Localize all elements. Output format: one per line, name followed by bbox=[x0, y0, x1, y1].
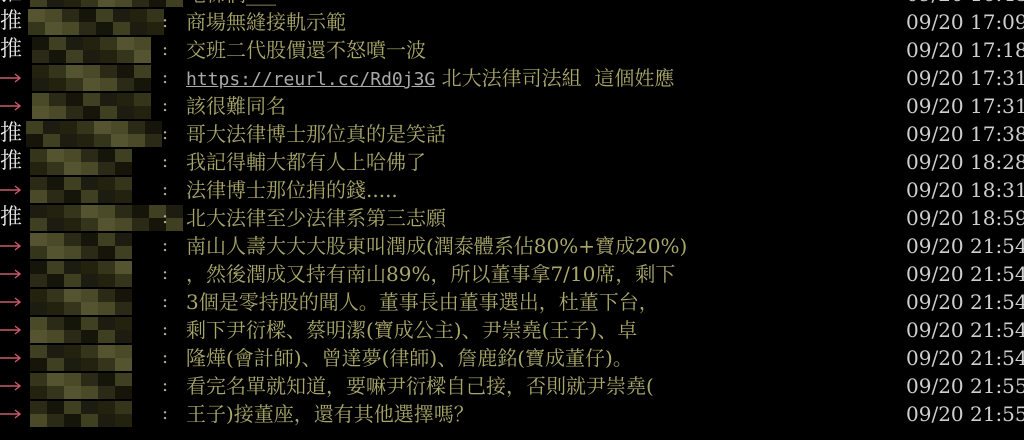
pixel-block bbox=[81, 289, 98, 302]
pixel-block bbox=[43, 134, 60, 147]
pixel-block bbox=[30, 205, 47, 218]
pixel-block bbox=[98, 274, 115, 287]
arrow-tag-icon bbox=[0, 290, 28, 314]
comment-content: 哥大法律博士那位真的是笑話 bbox=[186, 120, 446, 148]
pixel-block bbox=[98, 233, 115, 246]
pixel-block bbox=[30, 0, 47, 7]
pixel-block bbox=[132, 218, 149, 231]
pixel-block bbox=[30, 345, 47, 358]
pixel-block bbox=[30, 190, 47, 203]
pixel-block bbox=[98, 190, 115, 203]
pixel-block bbox=[98, 401, 115, 414]
pixel-block bbox=[28, 9, 45, 22]
separator-colon: : bbox=[162, 289, 176, 315]
pixel-block bbox=[115, 0, 132, 7]
pixel-block bbox=[47, 414, 64, 427]
pixel-block bbox=[77, 134, 94, 147]
pixel-block bbox=[111, 121, 128, 134]
comment-row: 推 : 哥大法律博士那位真的是笑話 09/20 17:38 bbox=[0, 120, 1024, 148]
pixel-block bbox=[47, 289, 64, 302]
pixel-block bbox=[30, 274, 47, 287]
separator-colon: : bbox=[162, 317, 176, 343]
pixel-block bbox=[43, 121, 60, 134]
pixel-block bbox=[98, 149, 115, 162]
comment-content: 南山人壽大大大股東叫潤成(潤泰體系佔80%+寶成20%) bbox=[186, 232, 687, 260]
pixel-block bbox=[81, 330, 98, 343]
pixel-block bbox=[47, 401, 64, 414]
pixel-block bbox=[32, 106, 49, 119]
pixel-block bbox=[64, 373, 81, 386]
pixel-block bbox=[60, 121, 77, 134]
pixel-block bbox=[47, 218, 64, 231]
pixel-block bbox=[81, 261, 98, 274]
pixel-block bbox=[132, 0, 149, 7]
pixel-block bbox=[117, 93, 134, 106]
pixel-block bbox=[47, 149, 64, 162]
comment-row: : 法律博士那位捐的錢..... 09/20 18:31 bbox=[0, 176, 1024, 204]
comment-text: 北大法律司法組 這個姓應 bbox=[435, 66, 674, 90]
pixel-block bbox=[79, 9, 96, 22]
pixel-block bbox=[111, 134, 128, 147]
pixel-block bbox=[81, 190, 98, 203]
pixel-block bbox=[66, 78, 83, 91]
pixel-block bbox=[132, 205, 149, 218]
pixel-block bbox=[64, 401, 81, 414]
pixel-block bbox=[115, 302, 132, 315]
pixel-block bbox=[30, 149, 47, 162]
username-pixelated bbox=[30, 177, 132, 203]
arrow-tag-icon bbox=[0, 94, 28, 118]
comment-content: 交班二代股價還不怒噴一波 bbox=[186, 36, 426, 64]
pixel-block bbox=[115, 205, 132, 218]
pixel-block bbox=[134, 50, 151, 63]
pixel-block bbox=[64, 358, 81, 371]
pixel-block bbox=[30, 386, 47, 399]
pixel-block bbox=[64, 177, 81, 190]
pixel-block bbox=[30, 177, 47, 190]
comment-timestamp: 09/20 17:31 bbox=[906, 64, 1024, 92]
pixel-block bbox=[30, 358, 47, 371]
pixel-block bbox=[130, 9, 147, 22]
pixel-block bbox=[96, 9, 113, 22]
pixel-block bbox=[115, 317, 132, 330]
pixel-block bbox=[115, 190, 132, 203]
pixel-block bbox=[30, 317, 47, 330]
pixel-block bbox=[98, 162, 115, 175]
comment-row: : 該很難同名 09/20 17:31 bbox=[0, 92, 1024, 120]
pixel-block bbox=[47, 330, 64, 343]
pixel-block bbox=[64, 302, 81, 315]
arrow-tag-icon bbox=[0, 66, 28, 90]
pixel-block bbox=[115, 373, 132, 386]
pixel-block bbox=[81, 0, 98, 7]
pixel-block bbox=[64, 246, 81, 259]
pixel-block bbox=[98, 205, 115, 218]
pixel-block bbox=[96, 22, 113, 35]
pixel-block bbox=[81, 401, 98, 414]
pixel-block bbox=[66, 93, 83, 106]
pixel-block bbox=[98, 373, 115, 386]
username-pixelated bbox=[30, 205, 183, 231]
comment-timestamp: 09/20 18:59 bbox=[906, 204, 1024, 232]
pixel-block bbox=[81, 162, 98, 175]
username-pixelated bbox=[30, 373, 132, 399]
username-pixelated bbox=[30, 233, 132, 259]
pixel-block bbox=[145, 121, 162, 134]
pixel-block bbox=[81, 317, 98, 330]
ptt-comment-list: 推 : 電梯們___ 09/20 16:48 推 : 商場無縫接軌示範 09/2… bbox=[0, 0, 1024, 440]
pixel-block bbox=[100, 106, 117, 119]
pixel-block bbox=[81, 386, 98, 399]
separator-colon: : bbox=[162, 0, 176, 7]
username-pixelated bbox=[32, 93, 151, 119]
comment-row: 推 : 交班二代股價還不怒噴一波 09/20 17:18 bbox=[0, 36, 1024, 64]
push-tag: 推 bbox=[0, 0, 28, 6]
pixel-block bbox=[100, 65, 117, 78]
comment-row: 推 : 電梯們___ 09/20 16:48 bbox=[0, 0, 1024, 8]
pixel-block bbox=[62, 22, 79, 35]
pixel-block bbox=[94, 121, 111, 134]
pixel-block bbox=[98, 358, 115, 371]
pixel-block bbox=[30, 289, 47, 302]
pixel-block bbox=[64, 233, 81, 246]
separator-colon: : bbox=[162, 233, 176, 259]
pixel-block bbox=[64, 149, 81, 162]
pixel-block bbox=[83, 106, 100, 119]
pixel-block bbox=[98, 246, 115, 259]
pixel-block bbox=[100, 37, 117, 50]
comment-row: 推 : 北大法律至少法律系第三志願 09/20 18:59 bbox=[0, 204, 1024, 232]
pixel-block bbox=[117, 65, 134, 78]
separator-colon: : bbox=[162, 65, 176, 91]
comment-timestamp: 09/20 17:18 bbox=[906, 36, 1024, 64]
push-tag: 推 bbox=[0, 150, 28, 174]
pixel-block bbox=[64, 330, 81, 343]
pixel-block bbox=[100, 50, 117, 63]
username-pixelated bbox=[30, 401, 132, 427]
pixel-block bbox=[64, 414, 81, 427]
separator-colon: : bbox=[162, 121, 176, 147]
pixel-block bbox=[115, 345, 132, 358]
arrow-tag-icon bbox=[0, 402, 28, 426]
comment-row: : ，然後潤成又持有南山89%，所以董事拿7/10席，剩下 09/20 21:5… bbox=[0, 260, 1024, 288]
pixel-block bbox=[98, 218, 115, 231]
pixel-block bbox=[83, 78, 100, 91]
pixel-block bbox=[47, 358, 64, 371]
pixel-block bbox=[81, 205, 98, 218]
pixel-block bbox=[81, 233, 98, 246]
pixel-block bbox=[49, 65, 66, 78]
arrow-tag-icon bbox=[0, 234, 28, 258]
pixel-block bbox=[47, 233, 64, 246]
pixel-block bbox=[30, 330, 47, 343]
pixel-block bbox=[115, 330, 132, 343]
pixel-block bbox=[98, 177, 115, 190]
comment-row: : 3個是零持股的聞人。董事長由董事選出，杜董下台， 09/20 21:54 bbox=[0, 288, 1024, 316]
comment-content: ，然後潤成又持有南山89%，所以董事拿7/10席，剩下 bbox=[186, 260, 675, 288]
pixel-block bbox=[47, 274, 64, 287]
separator-colon: : bbox=[162, 177, 176, 203]
pixel-block bbox=[30, 401, 47, 414]
pixel-block bbox=[64, 0, 81, 7]
pixel-block bbox=[64, 386, 81, 399]
pixel-block bbox=[66, 65, 83, 78]
comment-content: 商場無縫接軌示範 bbox=[186, 8, 346, 36]
pixel-block bbox=[30, 261, 47, 274]
username-pixelated bbox=[30, 149, 132, 175]
pixel-block bbox=[100, 78, 117, 91]
comment-content: 看完名單就知道，要嘛尹衍樑自己接，否則就尹崇堯( bbox=[186, 372, 654, 400]
comment-row: : 看完名單就知道，要嘛尹衍樑自己接，否則就尹崇堯( 09/20 21:55 bbox=[0, 372, 1024, 400]
pixel-block bbox=[47, 205, 64, 218]
pixel-block bbox=[64, 317, 81, 330]
separator-colon: : bbox=[162, 401, 176, 427]
username-pixelated bbox=[30, 289, 132, 315]
pixel-block bbox=[83, 37, 100, 50]
pixel-block bbox=[81, 274, 98, 287]
pixel-block bbox=[49, 78, 66, 91]
pixel-block bbox=[115, 414, 132, 427]
username-pixelated bbox=[30, 345, 132, 371]
pixel-block bbox=[30, 246, 47, 259]
pixel-block bbox=[28, 22, 45, 35]
pixel-block bbox=[98, 261, 115, 274]
pixel-block bbox=[145, 134, 162, 147]
username-pixelated bbox=[30, 0, 183, 7]
pixel-block bbox=[47, 246, 64, 259]
pixel-block bbox=[30, 302, 47, 315]
pixel-block bbox=[49, 37, 66, 50]
pixel-block bbox=[128, 121, 145, 134]
pixel-block bbox=[60, 134, 77, 147]
comment-content: 法律博士那位捐的錢..... bbox=[186, 176, 398, 204]
pixel-block bbox=[94, 134, 111, 147]
pixel-block bbox=[134, 65, 151, 78]
pixel-block bbox=[64, 345, 81, 358]
comment-content: 電梯們___ bbox=[186, 0, 276, 8]
pixel-block bbox=[83, 93, 100, 106]
comment-row: 推 : 商場無縫接軌示範 09/20 17:09 bbox=[0, 8, 1024, 36]
pixel-block bbox=[47, 302, 64, 315]
comment-content: 王子)接董座，還有其他選擇嗎？ bbox=[186, 400, 474, 428]
pixel-block bbox=[64, 205, 81, 218]
username-pixelated bbox=[30, 261, 132, 287]
separator-colon: : bbox=[162, 93, 176, 119]
pixel-block bbox=[66, 106, 83, 119]
comment-timestamp: 09/20 18:31 bbox=[906, 176, 1024, 204]
pixel-block bbox=[64, 261, 81, 274]
pixel-block bbox=[47, 261, 64, 274]
pixel-block bbox=[64, 162, 81, 175]
pixel-block bbox=[30, 218, 47, 231]
comment-timestamp: 09/20 17:31 bbox=[906, 92, 1024, 120]
pixel-block bbox=[45, 9, 62, 22]
push-tag: 推 bbox=[0, 10, 28, 34]
separator-colon: : bbox=[162, 373, 176, 399]
pixel-block bbox=[115, 261, 132, 274]
comment-link[interactable]: https://reurl.cc/Rd0j3G bbox=[186, 69, 435, 90]
pixel-block bbox=[117, 50, 134, 63]
pixel-block bbox=[81, 373, 98, 386]
comment-timestamp: 09/20 18:28 bbox=[906, 148, 1024, 176]
separator-colon: : bbox=[162, 9, 176, 35]
separator-colon: : bbox=[162, 261, 176, 287]
pixel-block bbox=[26, 134, 43, 147]
separator-colon: : bbox=[162, 205, 176, 231]
pixel-block bbox=[98, 386, 115, 399]
pixel-block bbox=[66, 37, 83, 50]
comment-timestamp: 09/20 21:54 bbox=[906, 316, 1024, 344]
comment-timestamp: 09/20 17:09 bbox=[906, 8, 1024, 36]
pixel-block bbox=[81, 218, 98, 231]
pixel-block bbox=[47, 177, 64, 190]
comment-content: 3個是零持股的聞人。董事長由董事選出，杜董下台， bbox=[186, 288, 659, 316]
arrow-tag-icon bbox=[0, 178, 28, 202]
username-pixelated bbox=[32, 37, 151, 63]
separator-colon: : bbox=[162, 345, 176, 371]
comment-row: : 王子)接董座，還有其他選擇嗎？ 09/20 21:55 bbox=[0, 400, 1024, 428]
comment-timestamp: 09/20 21:54 bbox=[906, 288, 1024, 316]
pixel-block bbox=[81, 345, 98, 358]
pixel-block bbox=[115, 218, 132, 231]
pixel-block bbox=[98, 302, 115, 315]
pixel-block bbox=[30, 233, 47, 246]
pixel-block bbox=[47, 190, 64, 203]
pixel-block bbox=[134, 37, 151, 50]
pixel-block bbox=[77, 121, 94, 134]
pixel-block bbox=[98, 345, 115, 358]
pixel-block bbox=[83, 50, 100, 63]
pixel-block bbox=[81, 246, 98, 259]
pixel-block bbox=[64, 190, 81, 203]
comment-row: : https://reurl.cc/Rd0j3G 北大法律司法組 這個姓應 0… bbox=[0, 64, 1024, 92]
username-pixelated bbox=[26, 121, 162, 147]
pixel-block bbox=[113, 22, 130, 35]
pixel-block bbox=[130, 22, 147, 35]
comment-row: : 南山人壽大大大股東叫潤成(潤泰體系佔80%+寶成20%) 09/20 21:… bbox=[0, 232, 1024, 260]
pixel-block bbox=[115, 401, 132, 414]
pixel-block bbox=[115, 358, 132, 371]
comment-timestamp: 09/20 21:54 bbox=[906, 232, 1024, 260]
comment-timestamp: 09/20 21:54 bbox=[906, 344, 1024, 372]
pixel-block bbox=[66, 50, 83, 63]
pixel-block bbox=[115, 274, 132, 287]
pixel-block bbox=[98, 0, 115, 7]
arrow-tag-icon bbox=[0, 262, 28, 286]
pixel-block bbox=[47, 0, 64, 7]
pixel-block bbox=[32, 65, 49, 78]
pixel-block bbox=[49, 50, 66, 63]
pixel-block bbox=[98, 289, 115, 302]
comment-content: 北大法律至少法律系第三志願 bbox=[186, 204, 446, 232]
pixel-block bbox=[134, 106, 151, 119]
pixel-block bbox=[117, 78, 134, 91]
comment-timestamp: 09/20 21:54 bbox=[906, 260, 1024, 288]
pixel-block bbox=[128, 134, 145, 147]
arrow-tag-icon bbox=[0, 346, 28, 370]
comment-content: 我記得輔大都有人上哈佛了 bbox=[186, 148, 426, 176]
arrow-tag-icon bbox=[0, 374, 28, 398]
comment-row: 推 : 我記得輔大都有人上哈佛了 09/20 18:28 bbox=[0, 148, 1024, 176]
pixel-block bbox=[98, 317, 115, 330]
comment-row: : 隆燁(會計師)、曾達夢(律師)、詹鹿銘(寶成董仔)。 09/20 21:54 bbox=[0, 344, 1024, 372]
comment-timestamp: 09/20 21:55 bbox=[906, 372, 1024, 400]
pixel-block bbox=[115, 233, 132, 246]
push-tag: 推 bbox=[0, 38, 28, 62]
comment-content: 該很難同名 bbox=[186, 92, 286, 120]
pixel-block bbox=[32, 37, 49, 50]
pixel-block bbox=[47, 345, 64, 358]
username-pixelated bbox=[30, 317, 132, 343]
pixel-block bbox=[30, 162, 47, 175]
pixel-block bbox=[98, 330, 115, 343]
pixel-block bbox=[32, 93, 49, 106]
push-tag: 推 bbox=[0, 206, 28, 230]
separator-colon: : bbox=[162, 37, 176, 63]
pixel-block bbox=[115, 177, 132, 190]
pixel-block bbox=[49, 93, 66, 106]
pixel-block bbox=[81, 177, 98, 190]
pixel-block bbox=[117, 37, 134, 50]
pixel-block bbox=[47, 162, 64, 175]
pixel-block bbox=[47, 317, 64, 330]
pixel-block bbox=[64, 274, 81, 287]
pixel-block bbox=[113, 9, 130, 22]
username-pixelated bbox=[32, 65, 151, 91]
pixel-block bbox=[100, 93, 117, 106]
pixel-block bbox=[30, 414, 47, 427]
push-tag: 推 bbox=[0, 122, 28, 146]
comment-content: 隆燁(會計師)、曾達夢(律師)、詹鹿銘(寶成董仔)。 bbox=[186, 344, 633, 372]
pixel-block bbox=[115, 289, 132, 302]
pixel-block bbox=[64, 289, 81, 302]
comment-content: https://reurl.cc/Rd0j3G 北大法律司法組 這個姓應 bbox=[186, 64, 674, 92]
pixel-block bbox=[45, 22, 62, 35]
pixel-block bbox=[79, 22, 96, 35]
pixel-block bbox=[115, 149, 132, 162]
pixel-block bbox=[83, 65, 100, 78]
pixel-block bbox=[134, 93, 151, 106]
pixel-block bbox=[47, 386, 64, 399]
pixel-block bbox=[64, 218, 81, 231]
comment-row: : 剩下尹衍樑、蔡明潔(寶成公主)、尹崇堯(王子)、卓 09/20 21:54 bbox=[0, 316, 1024, 344]
pixel-block bbox=[81, 302, 98, 315]
pixel-block bbox=[32, 50, 49, 63]
comment-timestamp: 09/20 17:38 bbox=[906, 120, 1024, 148]
pixel-block bbox=[117, 106, 134, 119]
comment-timestamp: 09/20 21:55 bbox=[906, 400, 1024, 428]
pixel-block bbox=[62, 9, 79, 22]
pixel-block bbox=[26, 121, 43, 134]
arrow-tag-icon bbox=[0, 318, 28, 342]
pixel-block bbox=[115, 162, 132, 175]
comment-timestamp: 09/20 16:48 bbox=[906, 0, 1024, 8]
pixel-block bbox=[32, 78, 49, 91]
pixel-block bbox=[134, 78, 151, 91]
pixel-block bbox=[30, 373, 47, 386]
username-pixelated bbox=[28, 9, 164, 35]
pixel-block bbox=[49, 106, 66, 119]
separator-colon: : bbox=[162, 149, 176, 175]
pixel-block bbox=[115, 386, 132, 399]
pixel-block bbox=[115, 246, 132, 259]
pixel-block bbox=[81, 149, 98, 162]
comment-content: 剩下尹衍樑、蔡明潔(寶成公主)、尹崇堯(王子)、卓 bbox=[186, 316, 637, 344]
pixel-block bbox=[47, 373, 64, 386]
pixel-block bbox=[81, 358, 98, 371]
pixel-block bbox=[81, 414, 98, 427]
pixel-block bbox=[98, 414, 115, 427]
